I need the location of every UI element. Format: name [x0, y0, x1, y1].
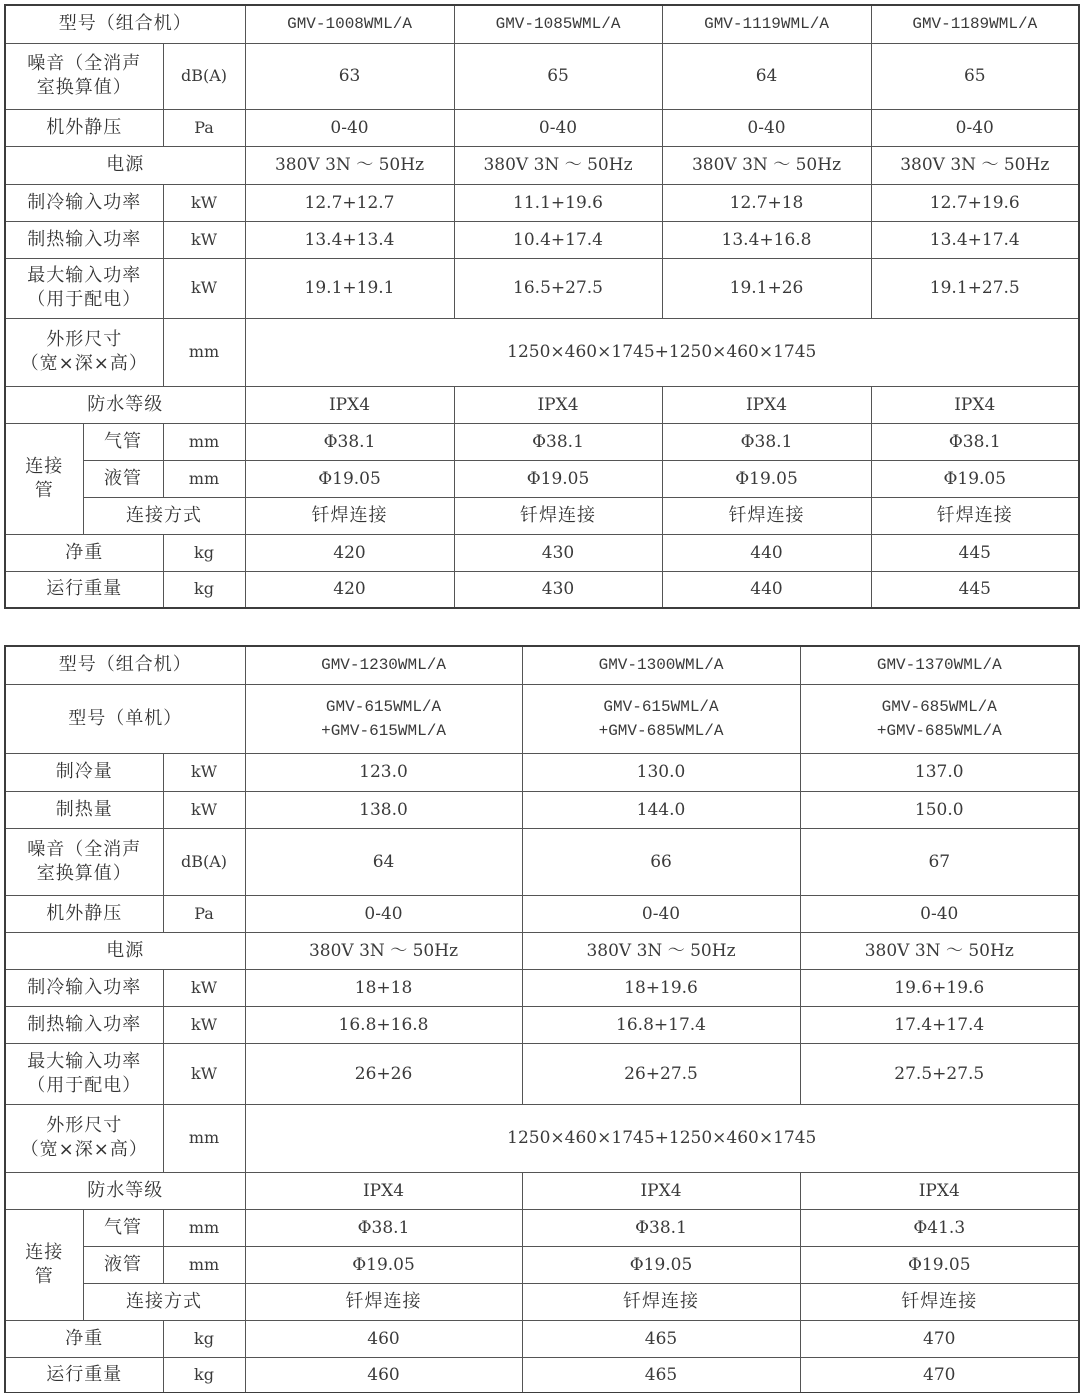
label-waterproof: 防水等级: [5, 1172, 245, 1209]
unit-pa: Pa: [163, 895, 245, 932]
unit-mm: mm: [163, 318, 245, 386]
row-liquid-pipe: 液管 mm Φ19.05 Φ19.05 Φ19.05: [5, 1246, 1079, 1283]
noise-value: 63: [245, 43, 454, 109]
row-connection-method: 连接方式 钎焊连接 钎焊连接 钎焊连接 钎焊连接: [5, 497, 1079, 534]
label-dimensions-line2: （宽×深×高）: [6, 352, 163, 376]
label-model-combo: 型号（组合机）: [5, 646, 245, 684]
label-dimensions: 外形尺寸 （宽×深×高）: [5, 318, 163, 386]
unit-mm: mm: [163, 1209, 245, 1246]
heating-capacity-value: 138.0: [245, 791, 522, 828]
net-weight-value: 445: [871, 534, 1079, 571]
waterproof-value: IPX4: [454, 386, 662, 423]
model-cell: GMV-1189WML/A: [871, 5, 1079, 43]
heating-input-value: 17.4+17.4: [800, 1006, 1079, 1043]
waterproof-value: IPX4: [522, 1172, 800, 1209]
heating-input-value: 13.4+13.4: [245, 221, 454, 258]
heating-capacity-value: 144.0: [522, 791, 800, 828]
label-noise-line1: 噪音（全消声: [6, 838, 163, 862]
row-max-input: 最大输入功率 （用于配电） kW 26+26 26+27.5 27.5+27.5: [5, 1043, 1079, 1104]
single-model-line1: GMV-615WML/A: [246, 695, 522, 719]
row-operating-weight: 运行重量 kg 460 465 470: [5, 1357, 1079, 1393]
cooling-input-value: 11.1+19.6: [454, 184, 662, 221]
label-noise: 噪音（全消声 室换算值）: [5, 828, 163, 895]
connection-method-value: 钎焊连接: [871, 497, 1079, 534]
label-pipe-group-line2: 管: [6, 1265, 83, 1289]
unit-kw: kW: [163, 258, 245, 318]
label-noise-line1: 噪音（全消声: [6, 52, 163, 76]
unit-pa: Pa: [163, 109, 245, 146]
label-connection-method: 连接方式: [83, 1283, 245, 1320]
unit-kg: kg: [163, 1357, 245, 1393]
waterproof-value: IPX4: [871, 386, 1079, 423]
net-weight-value: 470: [800, 1320, 1079, 1357]
operating-weight-value: 465: [522, 1357, 800, 1393]
unit-kw: kW: [163, 221, 245, 258]
single-model-cell: GMV-685WML/A +GMV-685WML/A: [800, 684, 1079, 753]
row-operating-weight: 运行重量 kg 420 430 440 445: [5, 571, 1079, 608]
heating-input-value: 10.4+17.4: [454, 221, 662, 258]
label-liquid-pipe: 液管: [83, 1246, 163, 1283]
max-input-value: 16.5+27.5: [454, 258, 662, 318]
label-power-supply: 电源: [5, 146, 245, 184]
label-cooling-input: 制冷输入功率: [5, 184, 163, 221]
model-cell: GMV-1230WML/A: [245, 646, 522, 684]
label-dimensions-line2: （宽×深×高）: [6, 1138, 163, 1162]
gas-pipe-value: Φ38.1: [245, 1209, 522, 1246]
connection-method-value: 钎焊连接: [662, 497, 871, 534]
power-supply-value: 380V 3N ～ 50Hz: [800, 932, 1079, 969]
power-supply-value: 380V 3N ～ 50Hz: [871, 146, 1079, 184]
unit-kw: kW: [163, 184, 245, 221]
model-cell: GMV-1085WML/A: [454, 5, 662, 43]
label-max-input-line1: 最大输入功率: [6, 1050, 163, 1074]
row-waterproof: 防水等级 IPX4 IPX4 IPX4 IPX4: [5, 386, 1079, 423]
label-pipe-group-line1: 连接: [6, 455, 83, 479]
gas-pipe-value: Φ38.1: [245, 423, 454, 460]
label-static-pressure: 机外静压: [5, 895, 163, 932]
static-pressure-value: 0-40: [662, 109, 871, 146]
label-max-input: 最大输入功率 （用于配电）: [5, 258, 163, 318]
label-static-pressure: 机外静压: [5, 109, 163, 146]
row-heating-input: 制热输入功率 kW 16.8+16.8 16.8+17.4 17.4+17.4: [5, 1006, 1079, 1043]
static-pressure-value: 0-40: [245, 109, 454, 146]
liquid-pipe-value: Φ19.05: [245, 460, 454, 497]
connection-method-value: 钎焊连接: [245, 1283, 522, 1320]
spec-table-2: 型号（组合机） GMV-1230WML/A GMV-1300WML/A GMV-…: [4, 645, 1080, 1393]
label-gas-pipe: 气管: [83, 423, 163, 460]
cooling-input-value: 12.7+18: [662, 184, 871, 221]
power-supply-value: 380V 3N ～ 50Hz: [454, 146, 662, 184]
connection-method-value: 钎焊连接: [245, 497, 454, 534]
unit-kw: kW: [163, 753, 245, 791]
gas-pipe-value: Φ38.1: [454, 423, 662, 460]
row-static-pressure: 机外静压 Pa 0-40 0-40 0-40: [5, 895, 1079, 932]
label-model-combo: 型号（组合机）: [5, 5, 245, 43]
label-model-single: 型号（单机）: [5, 684, 245, 753]
label-pipe-group-line1: 连接: [6, 1241, 83, 1265]
row-heating-capacity: 制热量 kW 138.0 144.0 150.0: [5, 791, 1079, 828]
cooling-capacity-value: 130.0: [522, 753, 800, 791]
cooling-input-value: 18+18: [245, 969, 522, 1006]
operating-weight-value: 420: [245, 571, 454, 608]
noise-value: 65: [871, 43, 1079, 109]
dimensions-value: 1250×460×1745+1250×460×1745: [245, 318, 1079, 386]
cooling-input-value: 12.7+19.6: [871, 184, 1079, 221]
static-pressure-value: 0-40: [454, 109, 662, 146]
row-gas-pipe: 连接 管 气管 mm Φ38.1 Φ38.1 Φ38.1 Φ38.1: [5, 423, 1079, 460]
row-dimensions: 外形尺寸 （宽×深×高） mm 1250×460×1745+1250×460×1…: [5, 318, 1079, 386]
unit-kw: kW: [163, 969, 245, 1006]
label-pipe-group: 连接 管: [5, 1209, 83, 1320]
label-heating-input: 制热输入功率: [5, 221, 163, 258]
label-net-weight: 净重: [5, 1320, 163, 1357]
row-noise: 噪音（全消声 室换算值） dB(A) 63 65 64 65: [5, 43, 1079, 109]
label-noise-line2: 室换算值）: [6, 76, 163, 100]
power-supply-value: 380V 3N ～ 50Hz: [662, 146, 871, 184]
unit-kg: kg: [163, 534, 245, 571]
single-model-line1: GMV-615WML/A: [523, 695, 800, 719]
cooling-capacity-value: 137.0: [800, 753, 1079, 791]
waterproof-value: IPX4: [245, 386, 454, 423]
model-cell: GMV-1300WML/A: [522, 646, 800, 684]
heating-input-value: 16.8+17.4: [522, 1006, 800, 1043]
label-connection-method: 连接方式: [83, 497, 245, 534]
label-noise-line2: 室换算值）: [6, 862, 163, 886]
row-waterproof: 防水等级 IPX4 IPX4 IPX4: [5, 1172, 1079, 1209]
net-weight-value: 460: [245, 1320, 522, 1357]
label-liquid-pipe: 液管: [83, 460, 163, 497]
noise-value: 65: [454, 43, 662, 109]
row-model-combo: 型号（组合机） GMV-1008WML/A GMV-1085WML/A GMV-…: [5, 5, 1079, 43]
single-model-cell: GMV-615WML/A +GMV-685WML/A: [522, 684, 800, 753]
unit-db: dB(A): [163, 43, 245, 109]
cooling-input-value: 12.7+12.7: [245, 184, 454, 221]
unit-kg: kg: [163, 1320, 245, 1357]
label-dimensions-line1: 外形尺寸: [6, 1114, 163, 1138]
unit-mm: mm: [163, 1246, 245, 1283]
noise-value: 64: [662, 43, 871, 109]
unit-mm: mm: [163, 423, 245, 460]
gas-pipe-value: Φ38.1: [871, 423, 1079, 460]
label-power-supply: 电源: [5, 932, 245, 969]
label-gas-pipe: 气管: [83, 1209, 163, 1246]
gas-pipe-value: Φ38.1: [522, 1209, 800, 1246]
operating-weight-value: 430: [454, 571, 662, 608]
unit-mm: mm: [163, 1104, 245, 1172]
label-operating-weight: 运行重量: [5, 1357, 163, 1393]
label-heating-input: 制热输入功率: [5, 1006, 163, 1043]
power-supply-value: 380V 3N ～ 50Hz: [522, 932, 800, 969]
heating-capacity-value: 150.0: [800, 791, 1079, 828]
unit-mm: mm: [163, 460, 245, 497]
cooling-input-value: 18+19.6: [522, 969, 800, 1006]
net-weight-value: 420: [245, 534, 454, 571]
label-max-input-line1: 最大输入功率: [6, 264, 163, 288]
liquid-pipe-value: Φ19.05: [662, 460, 871, 497]
model-cell: GMV-1008WML/A: [245, 5, 454, 43]
single-model-line1: GMV-685WML/A: [801, 695, 1079, 719]
row-net-weight: 净重 kg 460 465 470: [5, 1320, 1079, 1357]
noise-value: 64: [245, 828, 522, 895]
static-pressure-value: 0-40: [871, 109, 1079, 146]
row-noise: 噪音（全消声 室换算值） dB(A) 64 66 67: [5, 828, 1079, 895]
waterproof-value: IPX4: [245, 1172, 522, 1209]
model-cell: GMV-1370WML/A: [800, 646, 1079, 684]
cooling-capacity-value: 123.0: [245, 753, 522, 791]
dimensions-value: 1250×460×1745+1250×460×1745: [245, 1104, 1079, 1172]
label-max-input-line2: （用于配电）: [6, 288, 163, 312]
max-input-value: 19.1+27.5: [871, 258, 1079, 318]
liquid-pipe-value: Φ19.05: [454, 460, 662, 497]
operating-weight-value: 445: [871, 571, 1079, 608]
operating-weight-value: 460: [245, 1357, 522, 1393]
model-cell: GMV-1119WML/A: [662, 5, 871, 43]
row-cooling-capacity: 制冷量 kW 123.0 130.0 137.0: [5, 753, 1079, 791]
power-supply-value: 380V 3N ～ 50Hz: [245, 932, 522, 969]
liquid-pipe-value: Φ19.05: [871, 460, 1079, 497]
row-connection-method: 连接方式 钎焊连接 钎焊连接 钎焊连接: [5, 1283, 1079, 1320]
unit-kw: kW: [163, 1006, 245, 1043]
label-cooling-input: 制冷输入功率: [5, 969, 163, 1006]
max-input-value: 27.5+27.5: [800, 1043, 1079, 1104]
noise-value: 67: [800, 828, 1079, 895]
single-model-cell: GMV-615WML/A +GMV-615WML/A: [245, 684, 522, 753]
label-waterproof: 防水等级: [5, 386, 245, 423]
label-cooling-capacity: 制冷量: [5, 753, 163, 791]
row-power-supply: 电源 380V 3N ～ 50Hz 380V 3N ～ 50Hz 380V 3N…: [5, 932, 1079, 969]
heating-input-value: 16.8+16.8: [245, 1006, 522, 1043]
unit-db: dB(A): [163, 828, 245, 895]
heating-input-value: 13.4+16.8: [662, 221, 871, 258]
connection-method-value: 钎焊连接: [454, 497, 662, 534]
net-weight-value: 430: [454, 534, 662, 571]
label-operating-weight: 运行重量: [5, 571, 163, 608]
liquid-pipe-value: Φ19.05: [800, 1246, 1079, 1283]
label-pipe-group: 连接 管: [5, 423, 83, 534]
row-cooling-input: 制冷输入功率 kW 12.7+12.7 11.1+19.6 12.7+18 12…: [5, 184, 1079, 221]
label-max-input: 最大输入功率 （用于配电）: [5, 1043, 163, 1104]
row-gas-pipe: 连接 管 气管 mm Φ38.1 Φ38.1 Φ41.3: [5, 1209, 1079, 1246]
single-model-line2: +GMV-685WML/A: [801, 719, 1079, 743]
unit-kg: kg: [163, 571, 245, 608]
row-liquid-pipe: 液管 mm Φ19.05 Φ19.05 Φ19.05 Φ19.05: [5, 460, 1079, 497]
net-weight-value: 465: [522, 1320, 800, 1357]
waterproof-value: IPX4: [662, 386, 871, 423]
max-input-value: 26+26: [245, 1043, 522, 1104]
noise-value: 66: [522, 828, 800, 895]
label-max-input-line2: （用于配电）: [6, 1074, 163, 1098]
connection-method-value: 钎焊连接: [800, 1283, 1079, 1320]
gas-pipe-value: Φ38.1: [662, 423, 871, 460]
label-pipe-group-line2: 管: [6, 479, 83, 503]
connection-method-value: 钎焊连接: [522, 1283, 800, 1320]
gas-pipe-value: Φ41.3: [800, 1209, 1079, 1246]
row-power-supply: 电源 380V 3N ～ 50Hz 380V 3N ～ 50Hz 380V 3N…: [5, 146, 1079, 184]
single-model-line2: +GMV-685WML/A: [523, 719, 800, 743]
unit-kw: kW: [163, 1043, 245, 1104]
row-net-weight: 净重 kg 420 430 440 445: [5, 534, 1079, 571]
max-input-value: 19.1+26: [662, 258, 871, 318]
max-input-value: 19.1+19.1: [245, 258, 454, 318]
static-pressure-value: 0-40: [522, 895, 800, 932]
row-model-single: 型号（单机） GMV-615WML/A +GMV-615WML/A GMV-61…: [5, 684, 1079, 753]
unit-kw: kW: [163, 791, 245, 828]
liquid-pipe-value: Φ19.05: [245, 1246, 522, 1283]
static-pressure-value: 0-40: [245, 895, 522, 932]
liquid-pipe-value: Φ19.05: [522, 1246, 800, 1283]
heating-input-value: 13.4+17.4: [871, 221, 1079, 258]
row-static-pressure: 机外静压 Pa 0-40 0-40 0-40 0-40: [5, 109, 1079, 146]
waterproof-value: IPX4: [800, 1172, 1079, 1209]
row-cooling-input: 制冷输入功率 kW 18+18 18+19.6 19.6+19.6: [5, 969, 1079, 1006]
label-dimensions: 外形尺寸 （宽×深×高）: [5, 1104, 163, 1172]
operating-weight-value: 470: [800, 1357, 1079, 1393]
max-input-value: 26+27.5: [522, 1043, 800, 1104]
label-heating-capacity: 制热量: [5, 791, 163, 828]
row-dimensions: 外形尺寸 （宽×深×高） mm 1250×460×1745+1250×460×1…: [5, 1104, 1079, 1172]
label-net-weight: 净重: [5, 534, 163, 571]
power-supply-value: 380V 3N ～ 50Hz: [245, 146, 454, 184]
operating-weight-value: 440: [662, 571, 871, 608]
spec-table-1: 型号（组合机） GMV-1008WML/A GMV-1085WML/A GMV-…: [4, 4, 1080, 609]
label-dimensions-line1: 外形尺寸: [6, 328, 163, 352]
cooling-input-value: 19.6+19.6: [800, 969, 1079, 1006]
static-pressure-value: 0-40: [800, 895, 1079, 932]
row-max-input: 最大输入功率 （用于配电） kW 19.1+19.1 16.5+27.5 19.…: [5, 258, 1079, 318]
label-noise: 噪音（全消声 室换算值）: [5, 43, 163, 109]
net-weight-value: 440: [662, 534, 871, 571]
single-model-line2: +GMV-615WML/A: [246, 719, 522, 743]
row-model-combo: 型号（组合机） GMV-1230WML/A GMV-1300WML/A GMV-…: [5, 646, 1079, 684]
row-heating-input: 制热输入功率 kW 13.4+13.4 10.4+17.4 13.4+16.8 …: [5, 221, 1079, 258]
